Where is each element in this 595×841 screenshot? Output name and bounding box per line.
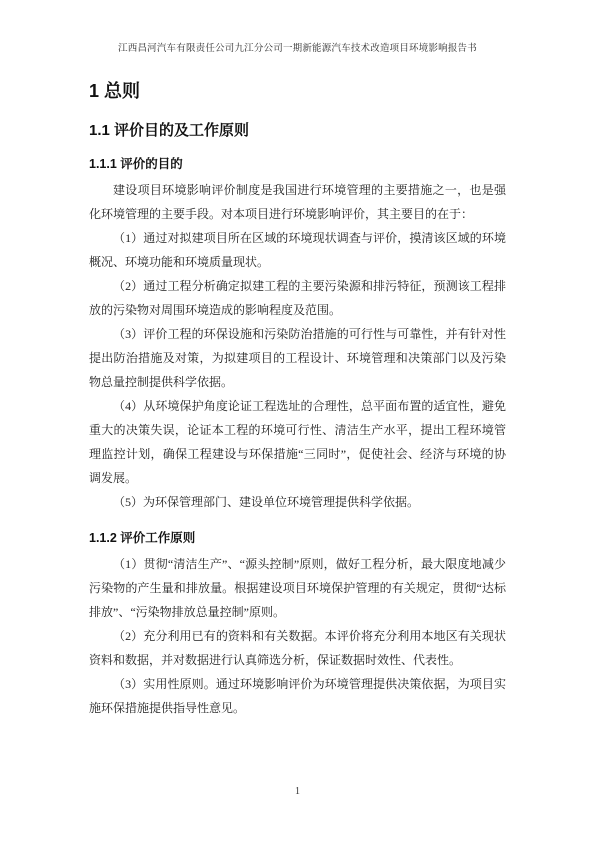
body-paragraph: （5）为环保管理部门、建设单位环境管理提供科学依据。 <box>89 490 506 514</box>
chapter-title: 1 总则 <box>89 81 506 103</box>
body-paragraph: （1）通过对拟建项目所在区域的环境现状调查与评价，摸清该区域的环境概况、环境功能… <box>89 226 506 274</box>
body-paragraph: （2）通过工程分析确定拟建工程的主要污染源和排污特征，预测该工程排放的污染物对周… <box>89 274 506 322</box>
body-paragraph: （2）充分利用已有的资料和有关数据。本评价将充分利用本地区有关现状资料和数据，并… <box>89 624 506 672</box>
subsection-heading-1-1-1: 1.1.1 评价的目的 <box>89 156 506 172</box>
body-paragraph: 建设项目环境影响评价制度是我国进行环境管理的主要措施之一，也是强化环境管理的主要… <box>89 178 506 226</box>
subsection-heading-1-1-2: 1.1.2 评价工作原则 <box>89 530 506 546</box>
page-content: 1 总则 1.1 评价目的及工作原则 1.1.1 评价的目的 建设项目环境影响评… <box>0 81 595 720</box>
body-paragraph: （1）贯彻“清洁生产”、“源头控制”原则，做好工程分析，最大限度地减少污染物的产… <box>89 552 506 624</box>
page-number: 1 <box>0 786 595 797</box>
body-paragraph: （3）评价工程的环保设施和污染防治措施的可行性与可靠性，并有针对性提出防治措施及… <box>89 322 506 394</box>
body-paragraph: （3）实用性原则。通过环境影响评价为环境管理提供决策依据，为项目实施环保措施提供… <box>89 672 506 720</box>
section-title: 1.1 评价目的及工作原则 <box>89 122 506 140</box>
running-header: 江西昌河汽车有限责任公司九江分公司一期新能源汽车技术改造项目环境影响报告书 <box>0 40 595 54</box>
body-paragraph: （4）从环境保护角度论证工程选址的合理性，总平面布置的适宜性，避免重大的决策失误… <box>89 394 506 490</box>
document-page: 江西昌河汽车有限责任公司九江分公司一期新能源汽车技术改造项目环境影响报告书 1 … <box>0 0 595 841</box>
